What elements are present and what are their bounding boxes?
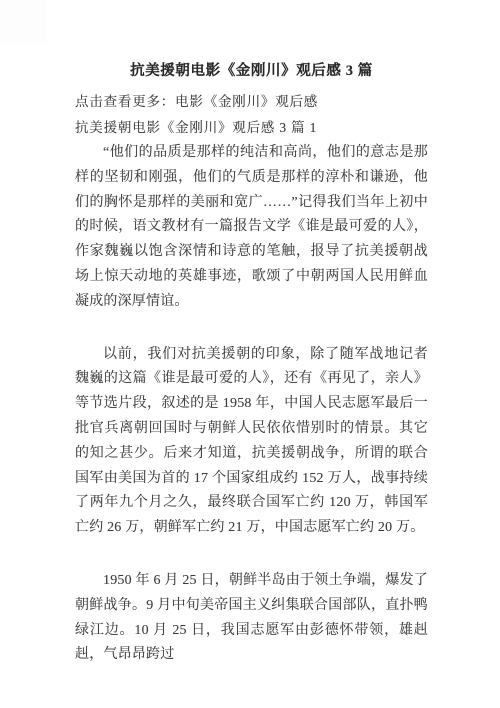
document-subtitle: 抗美援朝电影《金刚川》观后感 3 篇 1 xyxy=(75,115,428,141)
paragraph-quote-intro: “他们的品质是那样的纯洁和高尚，他们的意志是那样的坚韧和刚强，他们的气质是那样的… xyxy=(75,141,428,315)
document-title: 抗美援朝电影《金刚川》观后感 3 篇 xyxy=(75,58,428,84)
paragraph-war-outbreak: 1950 年 6 月 25 日，朝鲜半岛由于领土争端，爆发了朝鲜战争。9 月中旬… xyxy=(75,569,428,668)
view-more-link[interactable]: 点击查看更多：电影《金刚川》观后感 xyxy=(75,89,428,115)
document-content: 抗美援朝电影《金刚川》观后感 3 篇 点击查看更多：电影《金刚川》观后感 抗美援… xyxy=(75,58,428,668)
paragraph-war-statistics: 以前，我们对抗美援朝的印象，除了随军战地记者魏巍的这篇《谁是最可爱的人》，还有《… xyxy=(75,343,428,541)
document-body: “他们的品质是那样的纯洁和高尚，他们的意志是那样的坚韧和刚强，他们的气质是那样的… xyxy=(75,141,428,668)
scan-corner-artifact xyxy=(0,0,47,45)
document-page: 抗美援朝电影《金刚川》观后感 3 篇 点击查看更多：电影《金刚川》观后感 抗美援… xyxy=(0,0,500,708)
